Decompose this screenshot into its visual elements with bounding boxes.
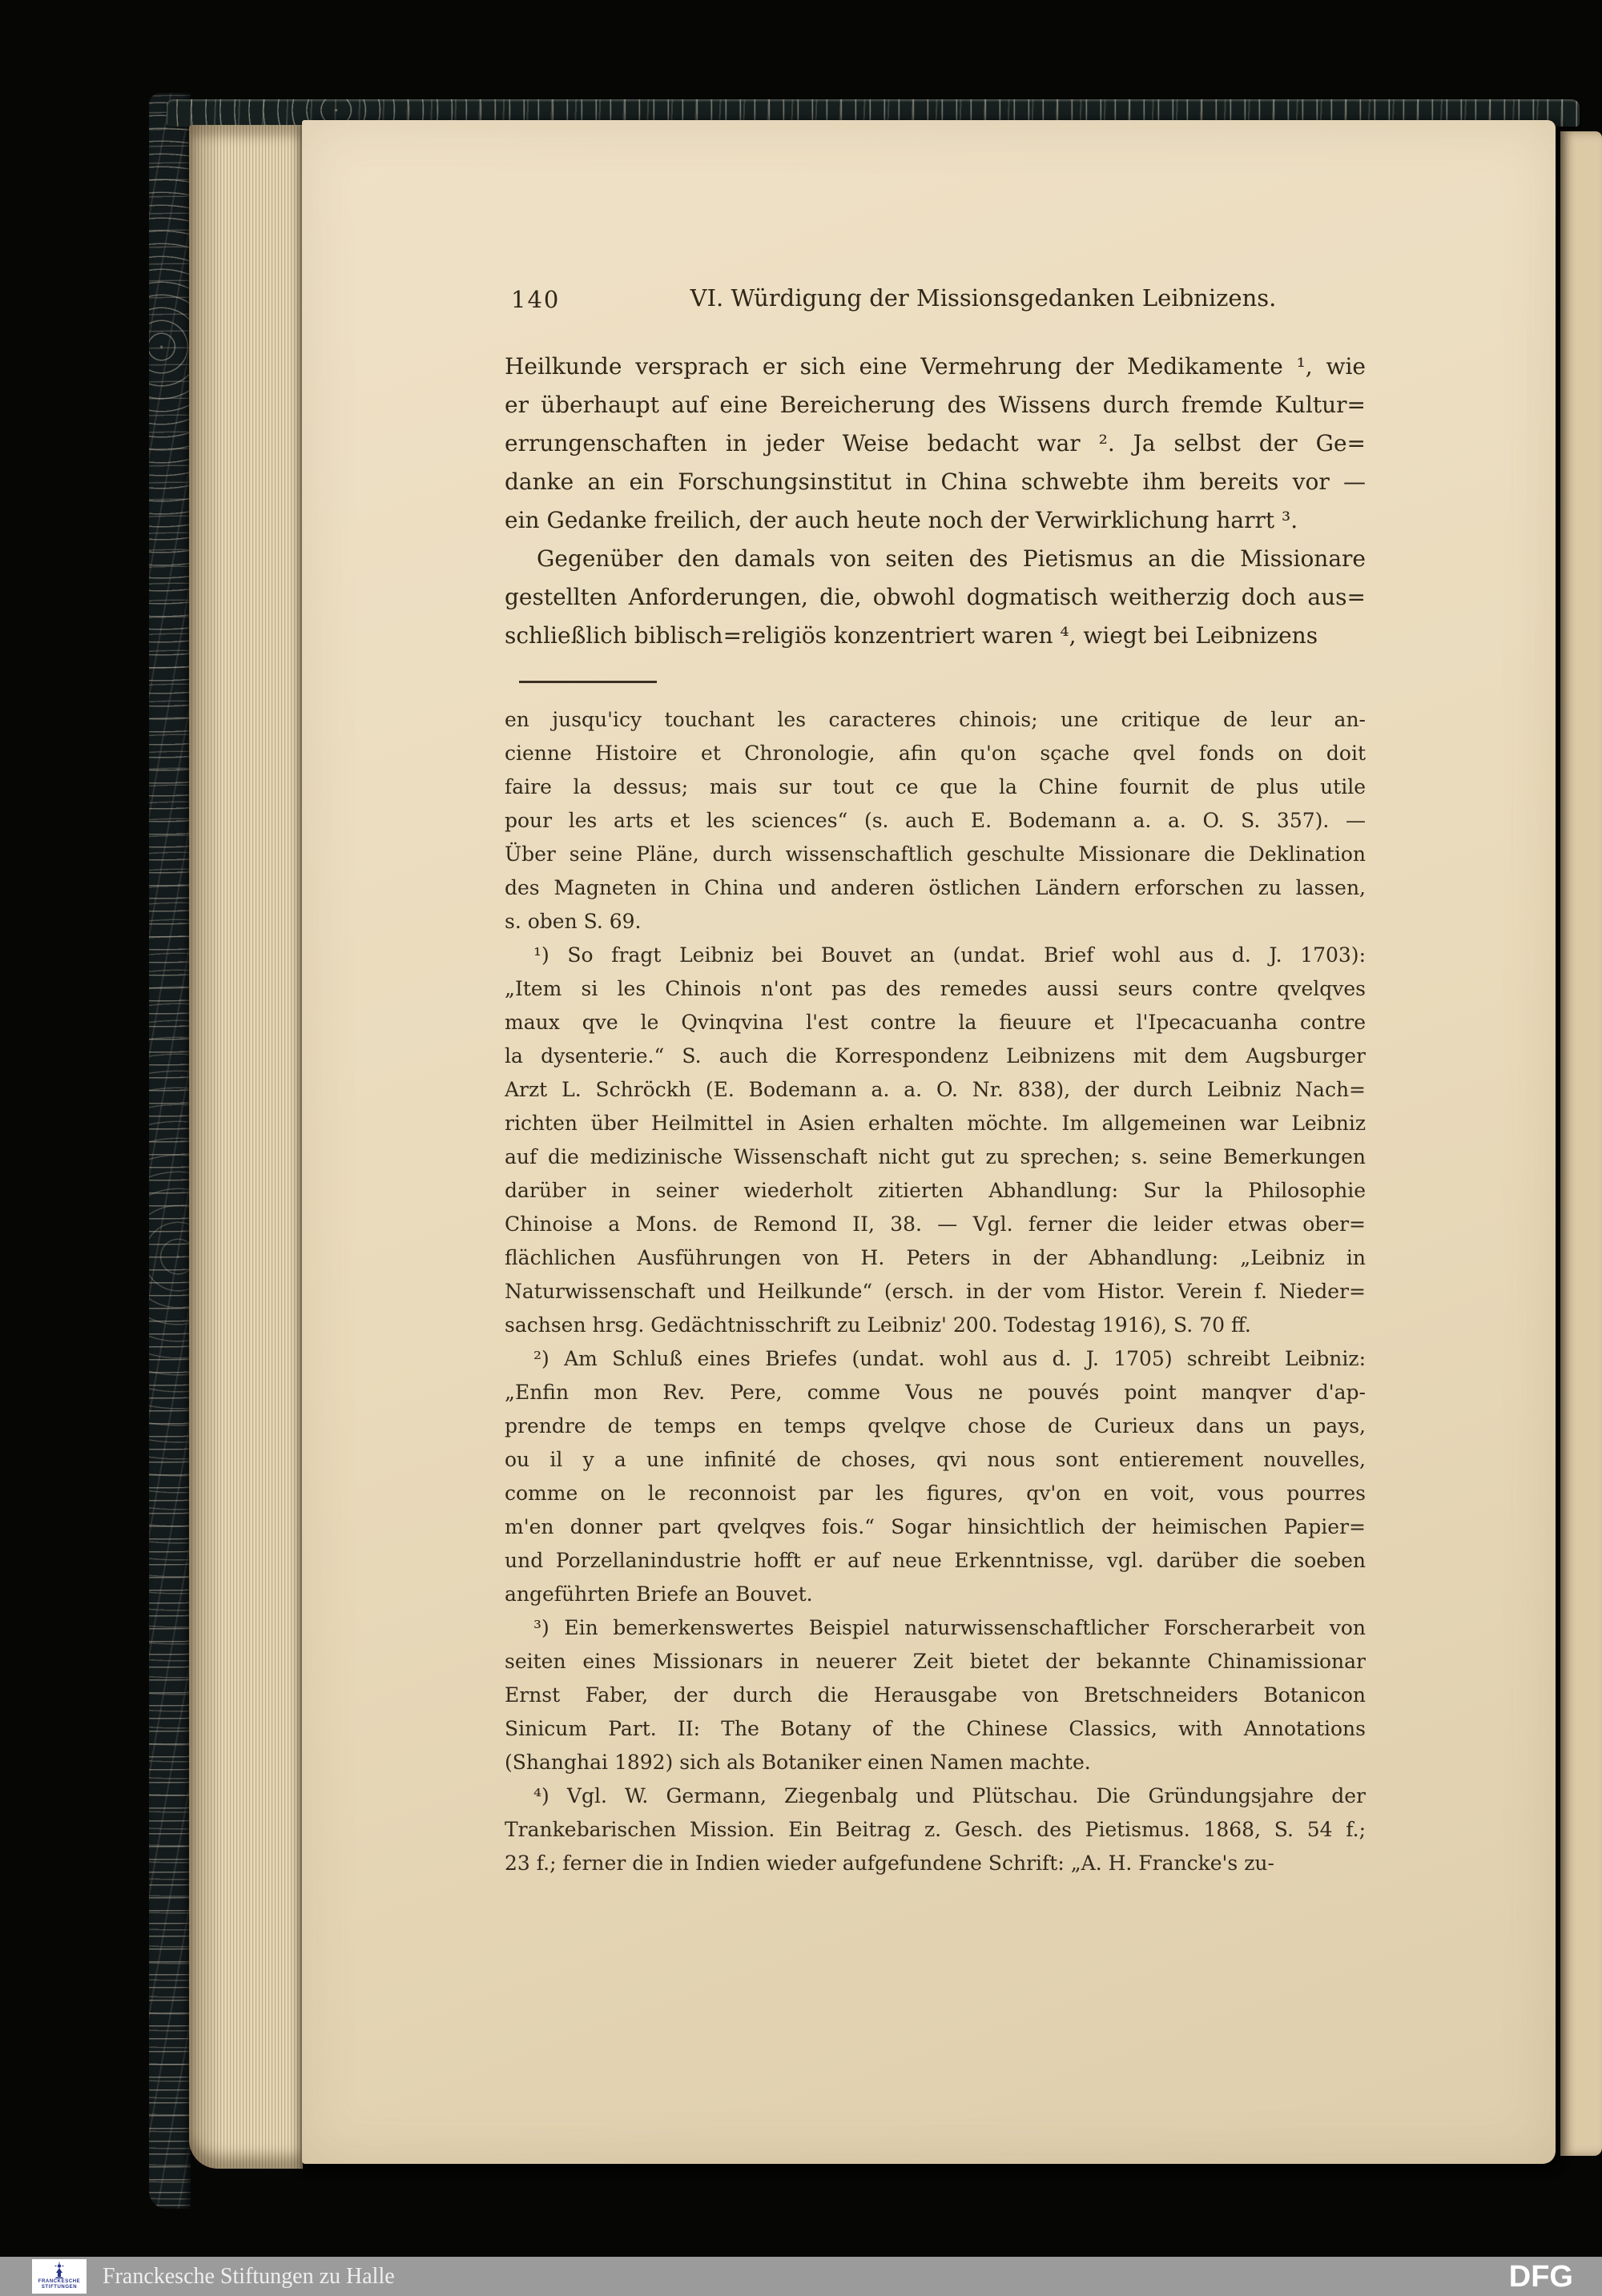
page-stack-edges — [189, 125, 303, 2169]
text-line: Über seine Pläne, durch wissenschaftlich… — [505, 838, 1366, 871]
text-line: ⁴) Vgl. W. Germann, Ziegenbalg und Plüts… — [505, 1779, 1366, 1813]
text-line: Ernst Faber, der durch die Herausgabe vo… — [505, 1679, 1366, 1712]
text-line: darüber in seiner wiederholt zitierten A… — [505, 1174, 1366, 1208]
running-header: VI. Würdigung der Missionsgedanken Leibn… — [690, 284, 1277, 312]
text-line: gestellten Anforderungen, die, obwohl do… — [505, 578, 1366, 617]
text-line: maux qve le Qvinqvina l'est contre la fi… — [505, 1006, 1366, 1039]
text-line: Gegenüber den damals von seiten des Piet… — [505, 540, 1366, 578]
footnote-4: ⁴) Vgl. W. Germann, Ziegenbalg und Plüts… — [505, 1779, 1366, 1880]
text-line: (Shanghai 1892) sich als Botaniker einen… — [505, 1746, 1366, 1779]
text-line: richten über Heilmittel in Asien erhalte… — [505, 1107, 1366, 1140]
text-line: pour les arts et les sciences“ (s. auch … — [505, 804, 1366, 838]
dfg-logo: DFG — [1509, 2260, 1573, 2294]
institution-label: Franckesche Stiftungen zu Halle — [103, 2264, 395, 2290]
franckesche-stiftungen-logo: FRANCKESCHE STIFTUNGEN — [32, 2259, 87, 2294]
franckesche-logo-emblem — [49, 2262, 70, 2278]
text-line: sachsen hrsg. Gedächtnisschrift zu Leibn… — [505, 1309, 1366, 1342]
text-line: ein Gedanke freilich, der auch heute noc… — [505, 501, 1366, 540]
footnote-separator-rule — [519, 681, 657, 683]
text-line: errungenschaften in jeder Weise bedacht … — [505, 424, 1366, 463]
text-line: angeführten Briefe an Bouvet. — [505, 1578, 1366, 1611]
text-line: Naturwissenschaft und Heilkunde“ (ersch.… — [505, 1275, 1366, 1309]
footnote-3: ³) Ein bemerkenswertes Beispiel naturwis… — [505, 1611, 1366, 1779]
text-line: danke an ein Forschungsinstitut in China… — [505, 463, 1366, 501]
page-number: 140 — [511, 286, 560, 313]
facing-page-edge — [1560, 131, 1602, 2156]
text-line: Chinoise a Mons. de Remond II, 38. — Vgl… — [505, 1208, 1366, 1241]
footnote-2: ²) Am Schluß eines Briefes (undat. wohl … — [505, 1342, 1366, 1611]
body-paragraph-1: Heilkunde versprach er sich eine Vermehr… — [505, 348, 1366, 540]
scanner-background: 140 VI. Würdigung der Missionsgedanken L… — [0, 0, 1602, 2296]
text-line: ³) Ein bemerkenswertes Beispiel naturwis… — [505, 1611, 1366, 1645]
text-line: und Porzellanindustrie hofft er auf neue… — [505, 1544, 1366, 1578]
text-line: „Item si les Chinois n'ont pas des remed… — [505, 972, 1366, 1006]
text-line: Sinicum Part. II: The Botany of the Chin… — [505, 1712, 1366, 1746]
text-line: m'en donner part qvelqves fois.“ Sogar h… — [505, 1510, 1366, 1544]
text-line: s. oben S. 69. — [505, 905, 1366, 939]
footnote-continuation: en jusqu'icy touchant les caracteres chi… — [505, 703, 1366, 939]
text-line: en jusqu'icy touchant les caracteres chi… — [505, 703, 1366, 737]
text-line: seiten eines Missionars in neuerer Zeit … — [505, 1645, 1366, 1679]
footnotes-block: en jusqu'icy touchant les caracteres chi… — [505, 703, 1366, 1880]
text-line: des Magneten in China und anderen östlic… — [505, 871, 1366, 905]
text-line: auf die medizinische Wissenschaft nicht … — [505, 1140, 1366, 1174]
text-line: ou il y a une infinité de choses, qvi no… — [505, 1443, 1366, 1477]
text-line: „Enfin mon Rev. Pere, comme Vous ne pouv… — [505, 1376, 1366, 1409]
text-line: ¹) So fragt Leibniz bei Bouvet an (undat… — [505, 939, 1366, 972]
footnote-1: ¹) So fragt Leibniz bei Bouvet an (undat… — [505, 939, 1366, 1342]
text-line: er überhaupt auf eine Bereicherung des W… — [505, 386, 1366, 424]
page-header: 140 VI. Würdigung der Missionsgedanken L… — [505, 284, 1366, 318]
text-line: ²) Am Schluß eines Briefes (undat. wohl … — [505, 1342, 1366, 1376]
viewer-footer-bar: FRANCKESCHE STIFTUNGEN Franckesche Stift… — [0, 2257, 1602, 2296]
text-line: comme on le reconnoist par les figures, … — [505, 1477, 1366, 1510]
text-line: Heilkunde versprach er sich eine Vermehr… — [505, 348, 1366, 386]
body-paragraph-2: Gegenüber den damals von seiten des Piet… — [505, 540, 1366, 655]
book-page: 140 VI. Würdigung der Missionsgedanken L… — [302, 120, 1556, 2164]
text-line: prendre de temps en temps qvelqve chose … — [505, 1409, 1366, 1443]
body-text: Heilkunde versprach er sich eine Vermehr… — [505, 348, 1366, 655]
logo-caption: FRANCKESCHE STIFTUNGEN — [38, 2279, 81, 2290]
text-line: schließlich biblisch=religiös konzentrie… — [505, 617, 1366, 655]
book-cover-marbled-edge-left — [149, 93, 191, 2209]
text-line: flächlichen Ausführungen von H. Peters i… — [505, 1241, 1366, 1275]
logo-caption-line1: FRANCKESCHE — [38, 2279, 81, 2285]
text-line: Trankebarischen Mission. Ein Beitrag z. … — [505, 1813, 1366, 1847]
text-line: 23 f.; ferner die in Indien wieder aufge… — [505, 1847, 1366, 1880]
text-line: cienne Histoire et Chronologie, afin qu'… — [505, 737, 1366, 770]
text-line: faire la dessus; mais sur tout ce que la… — [505, 770, 1366, 804]
logo-caption-line2: STIFTUNGEN — [38, 2285, 81, 2290]
text-line: la dysenterie.“ S. auch die Korresponden… — [505, 1039, 1366, 1073]
text-line: Arzt L. Schröckh (E. Bodemann a. a. O. N… — [505, 1073, 1366, 1107]
